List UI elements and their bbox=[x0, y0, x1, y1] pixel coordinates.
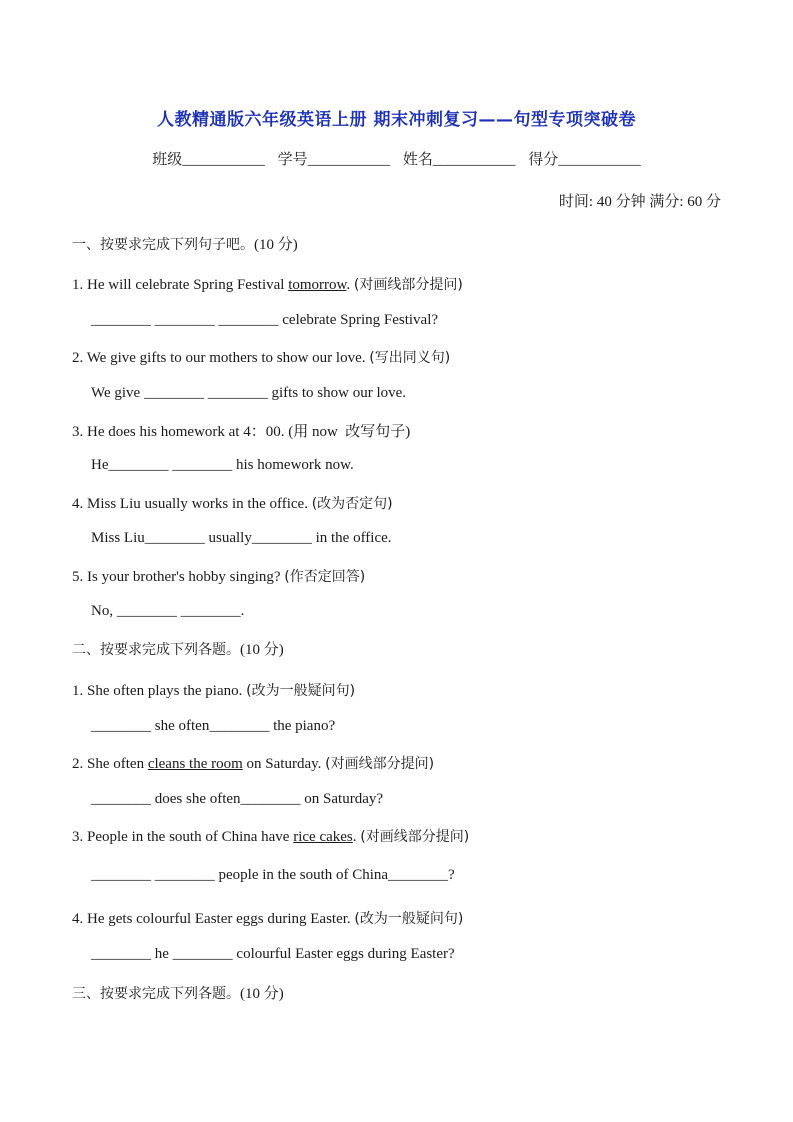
question-1-3: 3. He does his homework at 4：00. (用 now … bbox=[72, 420, 410, 441]
question-instruction: (对画线部分提问) bbox=[325, 756, 434, 772]
question-text: 1. He will celebrate Spring Festival bbox=[72, 277, 288, 293]
answer-1-2[interactable]: We give ________ ________ gifts to show … bbox=[91, 385, 406, 402]
question-text-post: . bbox=[346, 277, 354, 293]
student-info-row: 班级___________ 学号___________ 姓名__________… bbox=[0, 148, 793, 169]
underlined-text: tomorrow bbox=[288, 277, 346, 293]
question-text-post: on Saturday. bbox=[243, 756, 325, 772]
section-2-header: 二、按要求完成下列各题。(10 分) bbox=[72, 638, 284, 659]
question-1-1: 1. He will celebrate Spring Festival tom… bbox=[72, 274, 463, 294]
question-text: 4. He gets colourful Easter eggs during … bbox=[72, 911, 354, 927]
answer-1-1[interactable]: ________ ________ ________ celebrate Spr… bbox=[91, 312, 438, 329]
question-1-5: 5. Is your brother's hobby singing? (作否定… bbox=[72, 566, 365, 586]
time-and-score-info: 时间: 40 分钟 满分: 60 分 bbox=[559, 190, 721, 211]
question-text: 5. Is your brother's hobby singing? bbox=[72, 569, 284, 585]
info-field-name: 姓名___________ bbox=[403, 150, 516, 168]
underlined-text: rice cakes bbox=[293, 829, 353, 845]
answer-1-5[interactable]: No, ________ ________. bbox=[91, 603, 244, 620]
score-blank[interactable]: ___________ bbox=[558, 152, 641, 168]
info-field-class: 班级___________ bbox=[152, 150, 265, 168]
question-text: 3. People in the south of China have bbox=[72, 829, 293, 845]
question-instruction: (改为否定句) bbox=[312, 496, 393, 512]
question-text: 1. She often plays the piano. bbox=[72, 683, 246, 699]
class-blank[interactable]: ___________ bbox=[182, 152, 265, 168]
question-text: 4. Miss Liu usually works in the office. bbox=[72, 496, 312, 512]
section-header-text: 二、按要求完成下列各题。 bbox=[72, 642, 240, 658]
section-score: (10 分) bbox=[254, 237, 298, 253]
question-1-4: 4. Miss Liu usually works in the office.… bbox=[72, 493, 393, 513]
question-instruction: (改为一般疑问句) bbox=[246, 683, 355, 699]
section-score: (10 分) bbox=[240, 642, 284, 658]
question-2-3: 3. People in the south of China have ric… bbox=[72, 826, 469, 846]
answer-2-1[interactable]: ________ she often________ the piano? bbox=[91, 718, 335, 735]
page-title: 人教精通版六年级英语上册 期末冲刺复习——句型专项突破卷 bbox=[0, 105, 793, 130]
question-text: 2. We give gifts to our mothers to show … bbox=[72, 350, 369, 366]
section-3-header: 三、按要求完成下列各题。(10 分) bbox=[72, 982, 284, 1003]
question-instruction: (写出同义句) bbox=[369, 350, 450, 366]
question-instruction: (改为一般疑问句) bbox=[354, 911, 463, 927]
name-blank[interactable]: ___________ bbox=[433, 152, 516, 168]
answer-2-4[interactable]: ________ he ________ colourful Easter eg… bbox=[91, 946, 455, 963]
question-2-1: 1. She often plays the piano. (改为一般疑问句) bbox=[72, 680, 355, 700]
answer-1-3[interactable]: He________ ________ his homework now. bbox=[91, 457, 354, 474]
question-instruction: (作否定回答) bbox=[284, 569, 365, 585]
section-header-text: 三、按要求完成下列各题。 bbox=[72, 986, 240, 1002]
question-1-2: 2. We give gifts to our mothers to show … bbox=[72, 347, 450, 367]
section-score: (10 分) bbox=[240, 986, 284, 1002]
info-field-score: 得分___________ bbox=[528, 150, 641, 168]
section-header-text: 一、按要求完成下列句子吧。 bbox=[72, 237, 254, 253]
answer-1-4[interactable]: Miss Liu________ usually________ in the … bbox=[91, 530, 392, 547]
info-field-student-number: 学号___________ bbox=[278, 150, 391, 168]
student-number-blank[interactable]: ___________ bbox=[308, 152, 391, 168]
underlined-text: cleans the room bbox=[148, 756, 243, 772]
exam-page: 人教精通版六年级英语上册 期末冲刺复习——句型专项突破卷 班级_________… bbox=[0, 0, 793, 1122]
answer-2-3[interactable]: ________ ________ people in the south of… bbox=[91, 867, 455, 884]
answer-2-2[interactable]: ________ does she often________ on Satur… bbox=[91, 791, 383, 808]
question-instruction: (对画线部分提问) bbox=[360, 829, 469, 845]
section-1-header: 一、按要求完成下列句子吧。(10 分) bbox=[72, 233, 298, 254]
question-instruction: (对画线部分提问) bbox=[354, 277, 463, 293]
question-2-4: 4. He gets colourful Easter eggs during … bbox=[72, 908, 463, 928]
question-text: 2. She often bbox=[72, 756, 148, 772]
question-2-2: 2. She often cleans the room on Saturday… bbox=[72, 753, 434, 773]
